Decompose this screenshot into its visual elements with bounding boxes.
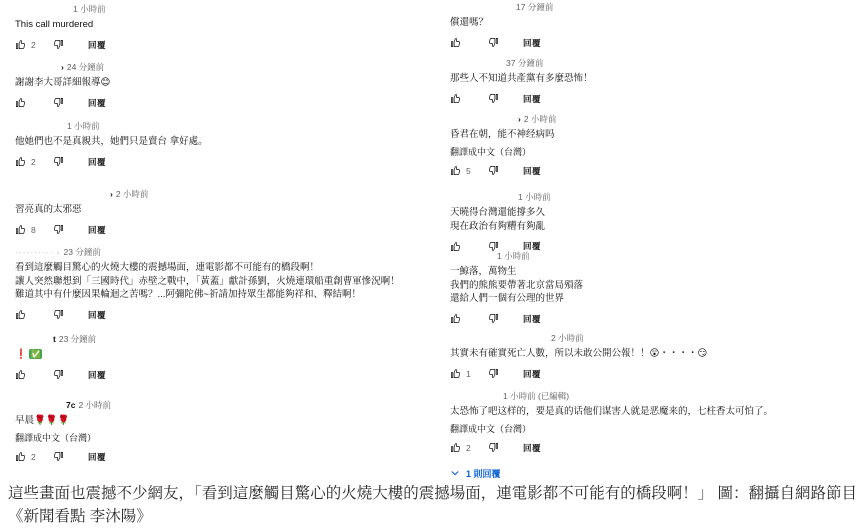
like-button[interactable] <box>450 165 461 176</box>
reply-button[interactable]: 回覆 <box>523 368 541 380</box>
like-button[interactable] <box>450 37 461 48</box>
username-fragment: › <box>518 114 521 124</box>
thumb-up-icon <box>15 39 26 50</box>
thumb-up-icon <box>15 309 26 320</box>
thumb-down-icon <box>53 97 64 108</box>
thumb-up-icon <box>15 451 26 462</box>
thumb-down-icon <box>488 313 499 324</box>
reply-button[interactable]: 回覆 <box>88 156 106 168</box>
comment-timestamp: 1 小時前 <box>73 4 106 14</box>
like-button[interactable] <box>15 309 26 320</box>
thumb-up-icon <box>15 224 26 235</box>
dislike-button[interactable] <box>53 224 64 235</box>
reply-button[interactable]: 回覆 <box>523 313 541 325</box>
like-count: 8 <box>31 225 39 235</box>
comment-text: 太恐怖了吧这样的，要是真的话他们谋害人就是恶魔来的，七柱香太可怕了。 <box>450 405 862 419</box>
thumb-up-icon <box>450 37 461 48</box>
comment-actions: 回覆 <box>450 312 862 326</box>
chevron-down-icon <box>450 468 460 478</box>
username-fragment: t <box>53 334 56 344</box>
reply-button[interactable]: 回覆 <box>88 97 106 109</box>
comment: 1 小時前 一鯨落，萬物生 我們的熊熊要帶著北京當局殞落 還給人們一個有公理的世… <box>450 250 862 326</box>
comment-timestamp: 24 分鐘前 <box>67 62 104 72</box>
reply-button[interactable]: 回覆 <box>88 224 106 236</box>
thumb-up-icon <box>450 442 461 453</box>
comment: ›24 分鐘前 謝謝李大哥詳細報導😊 回覆 <box>15 61 440 110</box>
comment-actions: 回覆 <box>450 36 862 50</box>
comment-actions: 5 回覆 <box>450 164 862 178</box>
comment-text: 他她們也不是真親共，她們只是賣台 拿好處。 <box>15 135 440 149</box>
comment-timestamp: 2 小時前 <box>78 400 111 410</box>
thumb-down-icon <box>488 37 499 48</box>
comment: 1 小時前 天曉得台灣還能撐多久 現在政治有夠糟有夠亂 回覆 <box>450 191 862 253</box>
comment: 7c2 小時前 早晨🌹🌹🌹 翻譯成中文（台灣） 2 回覆 <box>15 399 440 464</box>
thumb-down-icon <box>53 451 64 462</box>
thumb-down-icon <box>488 442 499 453</box>
comment-timestamp: 23 分鐘前 <box>59 334 96 344</box>
reply-button[interactable]: 回覆 <box>88 39 106 51</box>
comment-actions: 回覆 <box>15 308 440 322</box>
comment-meta: 1 小時前 (已編輯) <box>503 390 862 402</box>
dislike-button[interactable] <box>488 165 499 176</box>
thumb-down-icon <box>488 165 499 176</box>
comment-meta: 17 分鐘前 <box>516 1 862 13</box>
comment-meta: 1 小時前 <box>518 191 862 203</box>
comment-timestamp: 1 小時前 <box>67 121 100 131</box>
like-count: 5 <box>466 166 474 176</box>
like-button[interactable] <box>450 313 461 324</box>
translate-link[interactable]: 翻譯成中文（台灣） <box>450 422 862 435</box>
comment: 37 分鐘前 那些人不知道共產黨有多麼恐怖！ 回覆 <box>450 57 862 106</box>
like-button[interactable] <box>15 97 26 108</box>
reply-button[interactable]: 回覆 <box>88 309 106 321</box>
image-caption: 這些畫面也震撼不少網友，「看到這麼觸目驚心的火燒大樓的震撼場面，連電影都不可能有… <box>8 483 860 528</box>
dislike-button[interactable] <box>488 442 499 453</box>
comment: 1 小時前 This call murdered 2 回覆 <box>15 3 440 52</box>
comment-timestamp: 37 分鐘前 <box>506 58 543 68</box>
dislike-button[interactable] <box>488 368 499 379</box>
thumb-down-icon <box>53 369 64 380</box>
comment: 17 分鐘前 償還嗎？ 回覆 <box>450 1 862 50</box>
comment-timestamp: 1 小時前 (已編輯) <box>503 391 569 401</box>
translate-link[interactable]: 翻譯成中文（台灣） <box>15 431 440 444</box>
dislike-button[interactable] <box>488 313 499 324</box>
thumb-down-icon <box>488 368 499 379</box>
comment-timestamp: 2 小時前 <box>116 189 149 199</box>
thumb-up-icon <box>15 369 26 380</box>
comment: 1 小時前 他她們也不是真親共，她們只是賣台 拿好處。 2 回覆 <box>15 120 440 169</box>
comment-actions: 1 回覆 <box>450 367 862 381</box>
like-button[interactable] <box>450 368 461 379</box>
thumb-down-icon <box>488 93 499 104</box>
comment-meta: 7c2 小時前 <box>66 399 440 411</box>
comment-text: 早晨🌹🌹🌹 <box>15 414 440 428</box>
comment: ›2 小時前 昏君在朝，能不神经病吗 翻譯成中文（台灣） 5 回覆 <box>450 113 862 178</box>
like-count: 2 <box>31 452 39 462</box>
username-fragment: ·········· › <box>15 247 61 257</box>
comment: 2 小時前 其實未有確實死亡人數，所以未敢公開公報！！😲・・・・😏 1 回覆 <box>450 332 862 381</box>
comment-timestamp: 23 分鐘前 <box>64 247 101 257</box>
replies-toggle[interactable]: 1 則回覆 <box>450 467 862 480</box>
comment-meta: 2 小時前 <box>551 332 862 344</box>
dislike-button[interactable] <box>488 93 499 104</box>
dislike-button[interactable] <box>53 156 64 167</box>
comment-text: 其實未有確實死亡人數，所以未敢公開公報！！😲・・・・😏 <box>450 347 862 361</box>
translate-link[interactable]: 翻譯成中文（台灣） <box>450 145 862 158</box>
comment-actions: 回覆 <box>15 368 440 382</box>
comment-meta: 1 小時前 <box>67 120 440 132</box>
comment-text: 習亮真的太邪惡 <box>15 203 440 217</box>
username-fragment: › <box>110 189 113 199</box>
exclamation-emoji: ❗ <box>15 349 27 360</box>
comment-text: 償還嗎？ <box>450 16 862 30</box>
like-count: 2 <box>31 40 39 50</box>
like-button[interactable] <box>450 442 461 453</box>
comment-actions: 8 回覆 <box>15 223 440 237</box>
thumb-down-icon <box>53 224 64 235</box>
dislike-button[interactable] <box>53 309 64 320</box>
like-count: 1 <box>466 369 474 379</box>
reply-button[interactable]: 回覆 <box>523 165 541 177</box>
comment-text: 天曉得台灣還能撐多久 現在政治有夠糟有夠亂 <box>450 206 862 233</box>
thumb-down-icon <box>53 309 64 320</box>
comment-actions: 2 回覆 <box>15 155 440 169</box>
username-fragment: › <box>61 62 64 72</box>
comment: 1 小時前 (已編輯) 太恐怖了吧这样的，要是真的话他们谋害人就是恶魔来的，七柱… <box>450 390 862 480</box>
comment-meta: ›2 小時前 <box>110 188 440 200</box>
thumb-up-icon <box>450 368 461 379</box>
thumb-up-icon <box>450 313 461 324</box>
like-button[interactable] <box>15 451 26 462</box>
like-count: 2 <box>31 157 39 167</box>
reply-button[interactable]: 回覆 <box>88 369 106 381</box>
comment-timestamp: 1 小時前 <box>518 192 551 202</box>
comment-timestamp: 17 分鐘前 <box>516 2 553 12</box>
dislike-button[interactable] <box>53 369 64 380</box>
username-fragment: 7c <box>66 400 75 410</box>
dislike-button[interactable] <box>53 39 64 50</box>
comments-screenshot: 1 小時前 This call murdered 2 回覆 ›24 分鐘前 謝謝… <box>0 0 865 478</box>
like-button[interactable] <box>15 224 26 235</box>
comment-text: 看到這麼觸目驚心的火燒大樓的震撼場面，連電影都不可能有的橋段啊！ 讓人突然聯想到… <box>15 261 440 302</box>
like-button[interactable] <box>450 93 461 104</box>
comment-actions: 回覆 <box>450 92 862 106</box>
comment-timestamp: 2 小時前 <box>524 114 557 124</box>
comment-actions: 2 回覆 <box>15 38 440 52</box>
comment-text: This call murdered <box>15 18 440 32</box>
comment-meta: ›24 分鐘前 <box>61 61 440 73</box>
thumb-up-icon <box>15 97 26 108</box>
comment-actions: 回覆 <box>15 96 440 110</box>
thumb-up-icon <box>450 93 461 104</box>
comment-meta: 1 小時前 <box>73 3 440 15</box>
comment-meta: t23 分鐘前 <box>53 333 440 345</box>
reply-button[interactable]: 回覆 <box>88 451 106 463</box>
reply-button[interactable]: 回覆 <box>523 93 541 105</box>
comment-timestamp: 2 小時前 <box>551 333 584 343</box>
comment-text: 謝謝李大哥詳細報導😊 <box>15 76 440 90</box>
checkmark-emoji: ✅ <box>29 349 42 359</box>
comment: t23 分鐘前 ❗ ✅ 回覆 <box>15 333 440 382</box>
comment-actions: 2 回覆 <box>15 450 440 464</box>
thumb-down-icon <box>53 39 64 50</box>
thumb-up-icon <box>450 165 461 176</box>
comment-meta: ·········· ›23 分鐘前 <box>15 246 440 258</box>
comment-actions: 2 回覆 <box>450 441 862 455</box>
like-button[interactable] <box>15 156 26 167</box>
comment: ·········· ›23 分鐘前 看到這麼觸目驚心的火燒大樓的震撼場面，連電… <box>15 246 440 322</box>
dislike-button[interactable] <box>488 37 499 48</box>
comment-meta: ›2 小時前 <box>518 113 862 125</box>
comment-meta: 1 小時前 <box>497 250 862 262</box>
thumb-down-icon <box>53 156 64 167</box>
comment-text: ❗ ✅ <box>15 348 440 362</box>
comment-text: 昏君在朝，能不神经病吗 <box>450 128 862 142</box>
comment: ›2 小時前 習亮真的太邪惡 8 回覆 <box>15 188 440 237</box>
dislike-button[interactable] <box>53 97 64 108</box>
reply-button[interactable]: 回覆 <box>523 37 541 49</box>
replies-toggle-label: 1 則回覆 <box>466 467 501 480</box>
comment-meta: 37 分鐘前 <box>506 57 862 69</box>
thumb-up-icon <box>15 156 26 167</box>
reply-button[interactable]: 回覆 <box>523 442 541 454</box>
like-button[interactable] <box>15 39 26 50</box>
like-button[interactable] <box>15 369 26 380</box>
comment-text: 那些人不知道共產黨有多麼恐怖！ <box>450 72 862 86</box>
comment-text: 一鯨落，萬物生 我們的熊熊要帶著北京當局殞落 還給人們一個有公理的世界 <box>450 265 862 306</box>
like-count: 2 <box>466 443 474 453</box>
dislike-button[interactable] <box>53 451 64 462</box>
comment-timestamp: 1 小時前 <box>497 251 530 261</box>
